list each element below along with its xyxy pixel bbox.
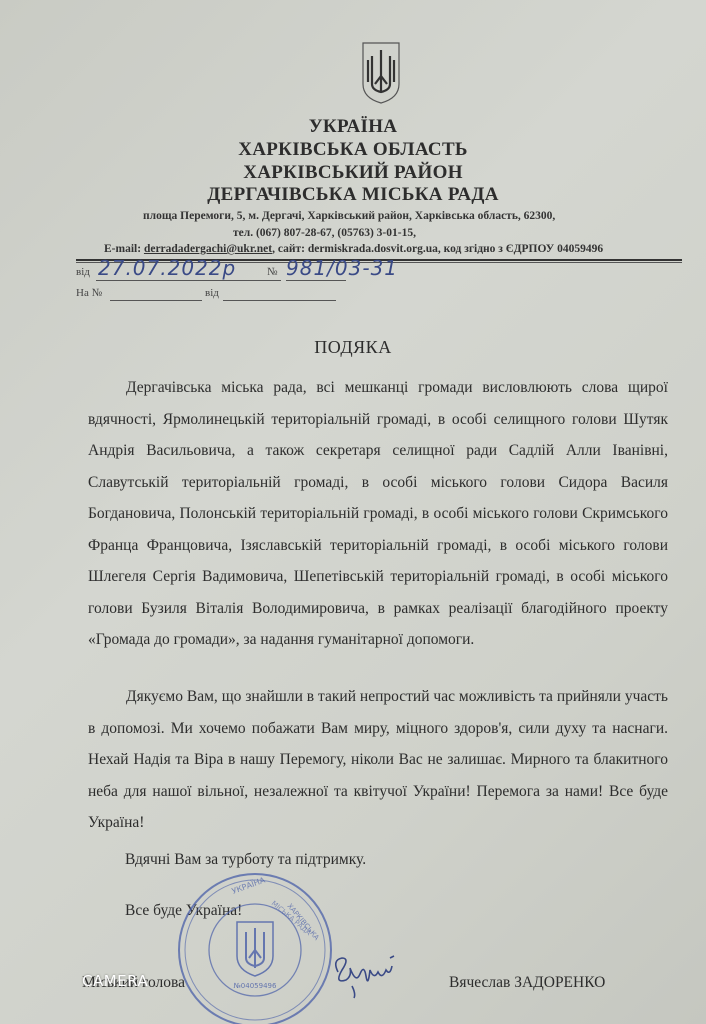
number-label: №: [267, 266, 278, 278]
date-label: від: [76, 266, 90, 278]
closing-line-1: Вдячні Вам за турботу та підтримку.: [125, 851, 366, 869]
ref-number-underline: [110, 300, 202, 301]
ref-date-underline: [223, 300, 336, 301]
site-link[interactable]: dermiskrada.dosvit.org.ua: [308, 243, 438, 255]
official-stamp-icon: №04059496 УКРАЇНА ХАРКІВСЬКА МІСЬКА РАДА: [175, 870, 335, 1024]
address-line: площа Перемоги, 5, м. Дергачі, Харківськ…: [143, 210, 555, 222]
body-paragraph-1: Дергачівська міська рада, всі мешканці г…: [88, 372, 668, 656]
site-label: , сайт:: [272, 243, 308, 255]
phone-line: тел. (067) 807-28-67, (05763) 3-01-15,: [233, 227, 416, 239]
edrpou-code: , код згідно з ЄДРПОУ 04059496: [438, 243, 603, 255]
tryzub-emblem-icon: [360, 40, 402, 106]
date-underline: [96, 280, 281, 281]
number-underline: [286, 280, 346, 281]
signatory-name: Вячеслав ЗАДОРЕНКО: [449, 974, 605, 992]
svg-text:УКРАЇНА: УКРАЇНА: [230, 874, 267, 895]
header-oblast: ХАРКІВСЬКА ОБЛАСТЬ: [0, 139, 706, 161]
header-raion: ХАРКІВСЬКИЙ РАЙОН: [0, 162, 706, 184]
header-council: ДЕРГАЧІВСЬКА МІСЬКА РАДА: [0, 184, 706, 206]
camera-watermark: CAMERA: [82, 972, 148, 990]
handwritten-signature-icon: [330, 950, 410, 1000]
email-link[interactable]: derradadergachi@ukr.net: [144, 243, 272, 255]
letter-page: УКРАЇНА ХАРКІВСЬКА ОБЛАСТЬ ХАРКІВСЬКИЙ Р…: [0, 0, 706, 1024]
stamp-number: №04059496: [234, 982, 277, 990]
email-label: E-mail:: [104, 243, 144, 255]
contact-line: E-mail: derradadergachi@ukr.net, сайт: d…: [104, 243, 603, 255]
document-title: ПОДЯКА: [0, 337, 706, 358]
header-country: УКРАЇНА: [0, 116, 706, 138]
body-paragraph-2: Дякуємо Вам, що знайшли в такий непрости…: [88, 681, 668, 839]
ref-date-label: від: [205, 287, 219, 299]
handwritten-date: 27.07.2022р: [98, 256, 236, 280]
handwritten-number: 981/03-31: [286, 256, 398, 280]
ref-number-label: На №: [76, 287, 102, 299]
